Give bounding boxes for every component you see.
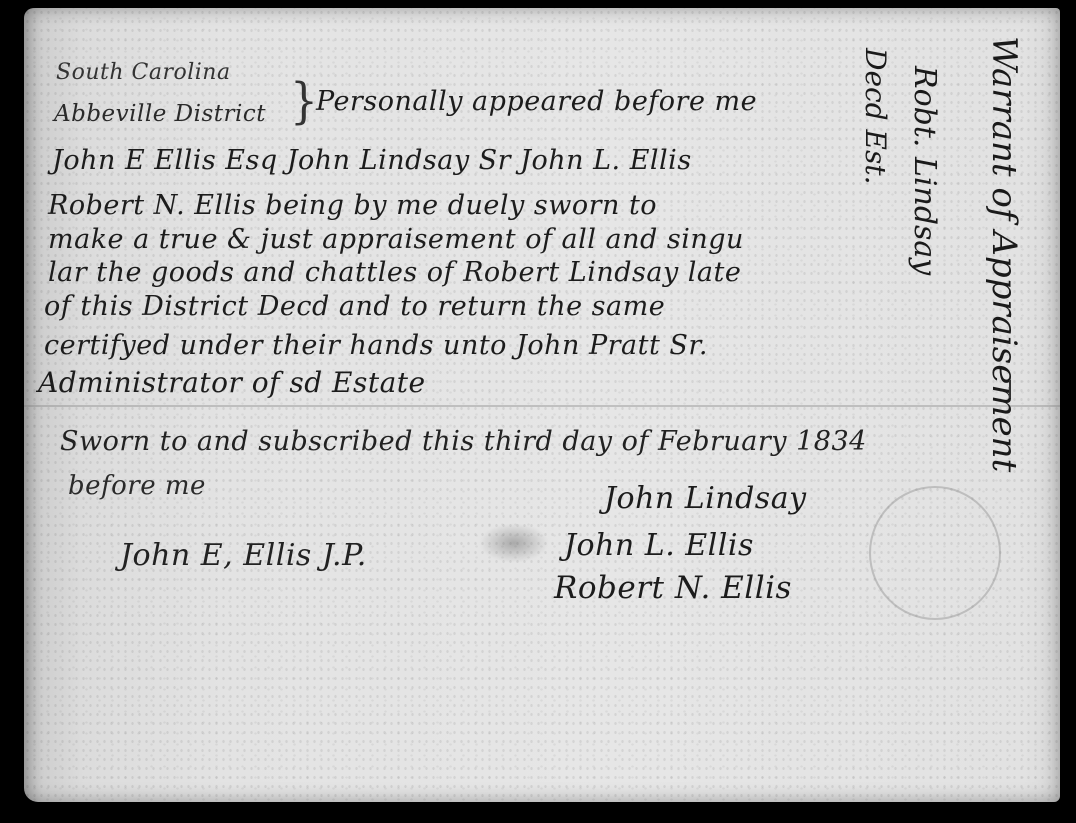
heading-state: South Carolina: [56, 60, 231, 85]
appraiser-signature: Robert N. Ellis: [554, 570, 792, 606]
ink-mark: [1009, 380, 1011, 398]
ink-smudge: [479, 523, 549, 563]
jurat-before-me: before me: [68, 471, 206, 501]
body-line: lar the goods and chattles of Robert Lin…: [48, 257, 741, 288]
seal-impression: [869, 486, 1001, 620]
endorsement-estate: Decd Est.: [859, 48, 892, 185]
appraiser-signature: John L. Ellis: [564, 528, 754, 563]
body-line: of this District Decd and to return the …: [44, 291, 665, 322]
body-line: Personally appeared before me: [316, 86, 757, 117]
body-line: John E Ellis Esq John Lindsay Sr John L.…: [52, 145, 692, 176]
body-line: make a true & just appraisement of all a…: [48, 224, 744, 255]
fold-line: [24, 405, 1060, 407]
officer-signature: John E, Ellis J.P.: [120, 538, 367, 573]
endorsement-name: Robt. Lindsay: [907, 66, 942, 275]
jurat-line: Sworn to and subscribed this third day o…: [60, 426, 867, 457]
endorsement-title: Warrant of Appraisement: [984, 36, 1024, 472]
body-line: certifyed under their hands unto John Pr…: [44, 330, 708, 361]
body-line: Robert N. Ellis being by me duely sworn …: [48, 190, 657, 221]
brace-mark: }: [290, 73, 318, 129]
appraiser-signature: John Lindsay: [604, 481, 807, 516]
heading-district: Abbeville District: [54, 101, 266, 127]
body-line: Administrator of sd Estate: [38, 366, 426, 399]
document-page: South Carolina Abbeville District } Pers…: [24, 8, 1060, 802]
